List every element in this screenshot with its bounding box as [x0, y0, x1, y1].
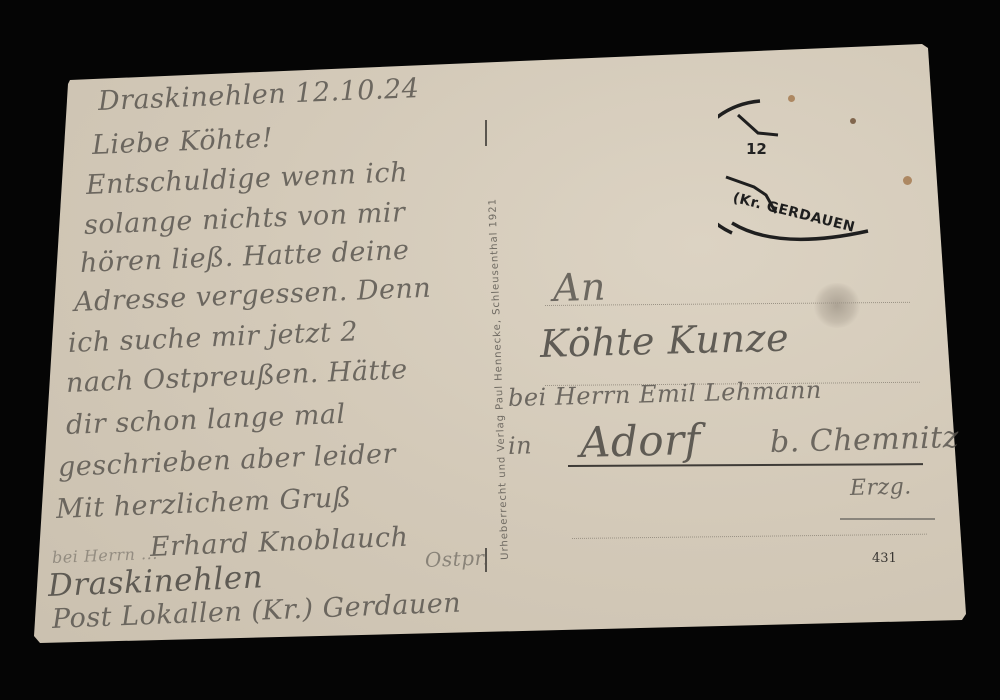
recipient-name: Köhte Kunze [539, 315, 789, 366]
recipient-region: Erzg. [850, 474, 912, 501]
divider-top [485, 120, 487, 146]
message-aside: Ostpr. [425, 545, 490, 572]
divider-bottom [485, 548, 487, 572]
foxing-spot [788, 95, 795, 102]
address-prefix: in [508, 431, 533, 460]
recipient-town: Adorf [579, 415, 701, 467]
faint-postmark [812, 283, 862, 328]
address-to: An [552, 265, 606, 310]
region-underline [840, 518, 935, 520]
postmark-date: 12 [746, 140, 767, 158]
recipient-near: b. Chemnitz [770, 420, 960, 460]
foxing-spot [850, 118, 856, 124]
foxing-spot [903, 176, 912, 185]
card-number: 431 [872, 551, 897, 566]
